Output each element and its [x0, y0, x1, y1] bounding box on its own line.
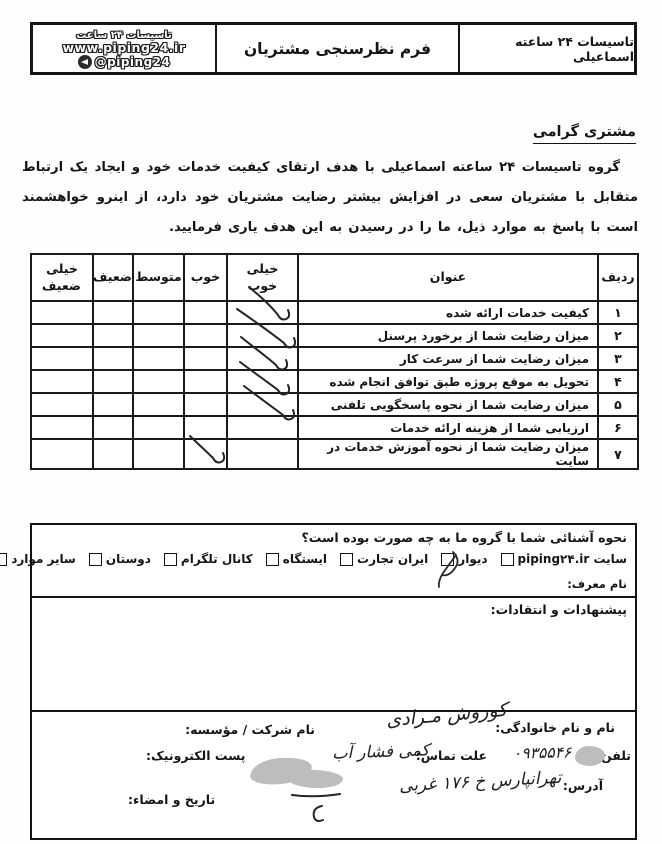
option-iran-tejarat: ایران تجارت — [340, 552, 428, 566]
rating-cell[interactable] — [133, 393, 184, 416]
table-row: ۷ میزان رضایت شما از نحوه آموزش خدمات در… — [31, 439, 638, 469]
row-number: ۷ — [598, 439, 638, 469]
company-name: تاسیسات ۲۴ ساعته اسماعیلی — [458, 25, 634, 72]
table-row: ۵ میزان رضایت شما از نحوه پاسخگویی تلفنی — [31, 393, 638, 416]
option-friends: دوستان — [89, 552, 151, 566]
contact-section: نام و نام خانوادگی: کوروش مـرادی نام شرک… — [32, 712, 635, 835]
rating-cell[interactable] — [133, 347, 184, 370]
date-signature-label: تاریخ و امضاء: — [128, 792, 215, 807]
intro-paragraph: گروه تاسیسات ۲۴ ساعته اسماعیلی با هدف ار… — [22, 153, 638, 243]
rating-cell[interactable] — [184, 301, 227, 324]
rating-cell[interactable] — [227, 370, 298, 393]
col-header-average: متوسط — [133, 254, 184, 301]
acquaintance-question: نحوه آشنائی شما با گروه ما به چه صورت بو… — [40, 530, 627, 545]
table-row: ۱ کیفیت خدمات ارائه شده — [31, 301, 638, 324]
option-iran-tejarat-checkbox[interactable] — [340, 553, 353, 566]
rating-cell[interactable] — [93, 370, 133, 393]
row-title: میزان رضایت شما از سرعت کار — [298, 347, 598, 370]
rating-cell[interactable] — [93, 439, 133, 469]
greeting-heading: مشتری گرامی — [533, 124, 636, 144]
suggestions-label: پیشنهادات و انتقادات: — [40, 602, 627, 617]
option-istgah-checkbox[interactable] — [266, 553, 279, 566]
logo-website: www.piping24.ir — [63, 41, 186, 55]
handwritten-check-scribble — [432, 548, 464, 590]
table-row: ۶ ارزیابی شما از هزینه ارائه خدمات — [31, 416, 638, 439]
table-row: ۳ میزان رضایت شما از سرعت کار — [31, 347, 638, 370]
option-site-piping24-checkbox[interactable] — [501, 553, 514, 566]
rating-cell[interactable] — [31, 324, 93, 347]
table-row: ۲ میزان رضایت شما از برخورد پرسنل — [31, 324, 638, 347]
rating-cell[interactable] — [133, 439, 184, 469]
option-divar-checkbox[interactable] — [441, 553, 454, 566]
row-title: میزان رضایت شما از نحوه پاسخگویی تلفنی — [298, 393, 598, 416]
contact-reason-handwritten: کمی فشار آب — [331, 740, 429, 762]
survey-table: ردیف عنوان خیلی خوب خوب متوسط ضعیف خیلی … — [30, 253, 639, 470]
row-title: کیفیت خدمات ارائه شده — [298, 301, 598, 324]
address-handwritten: تهرانپارس خ ۱۷۶ غربی — [398, 768, 561, 796]
referrer-label: نام معرف: — [567, 577, 627, 591]
telegram-handle: @piping24 — [95, 56, 171, 70]
rating-cell[interactable] — [93, 416, 133, 439]
rating-cell[interactable] — [227, 301, 298, 324]
option-telegram-channel: کانال تلگرام — [164, 552, 253, 566]
col-header-very-weak: خیلی ضعیف — [31, 254, 93, 301]
rating-cell[interactable] — [184, 439, 227, 469]
option-friends-checkbox[interactable] — [89, 553, 102, 566]
row-number: ۴ — [598, 370, 638, 393]
rating-cell[interactable] — [31, 416, 93, 439]
rating-cell[interactable] — [227, 416, 298, 439]
rating-cell[interactable] — [31, 347, 93, 370]
col-header-good: خوب — [184, 254, 227, 301]
form-header: تاسیسات ۲۴ ساعته اسماعیلی فرم نظرسنجی مش… — [30, 22, 637, 75]
row-title: میزان رضایت شما از نحوه آموزش خدمات در س… — [298, 439, 598, 469]
col-header-very-good: خیلی خوب — [227, 254, 298, 301]
option-site-piping24: سایت piping۲۴.ir — [501, 552, 627, 566]
rating-cell[interactable] — [227, 393, 298, 416]
scanned-survey-form: تاسیسات ۲۴ ساعته اسماعیلی فرم نظرسنجی مش… — [0, 0, 662, 844]
full-name-label: نام و نام خانوادگی: — [495, 720, 615, 735]
row-title: ارزیابی شما از هزینه ارائه خدمات — [298, 416, 598, 439]
rating-cell[interactable] — [93, 324, 133, 347]
rating-cell[interactable] — [227, 347, 298, 370]
email-label: پست الکترونیک: — [146, 748, 246, 763]
row-number: ۲ — [598, 324, 638, 347]
rating-cell[interactable] — [133, 370, 184, 393]
option-istgah: ایستگاه — [266, 552, 327, 566]
company-name-label: نام شرکت / مؤسسه: — [185, 722, 315, 737]
option-other-checkbox[interactable] — [0, 553, 7, 566]
acquaintance-options: سایت piping۲۴.ir دیوار ایران تجارت — [40, 552, 627, 566]
rating-cell[interactable] — [227, 324, 298, 347]
col-header-title: عنوان — [298, 254, 598, 301]
row-title: تحویل به موقع پروژه طبق توافق انجام شده — [298, 370, 598, 393]
rating-cell[interactable] — [227, 439, 298, 469]
rating-cell[interactable] — [93, 393, 133, 416]
rating-cell[interactable] — [184, 347, 227, 370]
row-number: ۳ — [598, 347, 638, 370]
address-redaction — [289, 769, 344, 789]
rating-cell[interactable] — [31, 393, 93, 416]
row-number: ۱ — [598, 301, 638, 324]
form-footer-box: نحوه آشنائی شما با گروه ما به چه صورت بو… — [30, 523, 637, 840]
col-header-row-no: ردیف — [598, 254, 638, 301]
row-title: میزان رضایت شما از برخورد پرسنل — [298, 324, 598, 347]
rating-cell[interactable] — [184, 416, 227, 439]
rating-cell[interactable] — [133, 416, 184, 439]
form-title: فرم نظرسنجی مشتریان — [215, 25, 458, 72]
phone-redaction — [575, 746, 605, 766]
option-other: سایر موارد ...... — [0, 552, 76, 566]
company-logo: تاسیسات ۲۴ ساعت www.piping24.ir @piping2… — [33, 25, 215, 72]
rating-cell[interactable] — [133, 324, 184, 347]
option-telegram-channel-checkbox[interactable] — [164, 553, 177, 566]
telegram-icon — [78, 55, 92, 69]
rating-cell[interactable] — [93, 301, 133, 324]
col-header-weak: ضعیف — [93, 254, 133, 301]
rating-cell[interactable] — [184, 324, 227, 347]
rating-cell[interactable] — [31, 370, 93, 393]
option-divar: دیوار — [441, 552, 487, 566]
row-number: ۶ — [598, 416, 638, 439]
row-number: ۵ — [598, 393, 638, 416]
rating-cell[interactable] — [133, 301, 184, 324]
phone-handwritten: ۰۹۳۵۵۴۶ — [513, 743, 572, 762]
rating-cell[interactable] — [31, 301, 93, 324]
acquaintance-section: نحوه آشنائی شما با گروه ما به چه صورت بو… — [32, 525, 635, 598]
rating-cell[interactable] — [31, 439, 93, 469]
table-header-row: ردیف عنوان خیلی خوب خوب متوسط ضعیف خیلی … — [31, 254, 638, 301]
address-label: آدرس: — [563, 778, 603, 793]
rating-cell[interactable] — [184, 370, 227, 393]
rating-cell[interactable] — [184, 393, 227, 416]
table-row: ۴ تحویل به موقع پروژه طبق توافق انجام شد… — [31, 370, 638, 393]
rating-cell[interactable] — [93, 347, 133, 370]
suggestions-section[interactable]: پیشنهادات و انتقادات: — [32, 598, 635, 712]
